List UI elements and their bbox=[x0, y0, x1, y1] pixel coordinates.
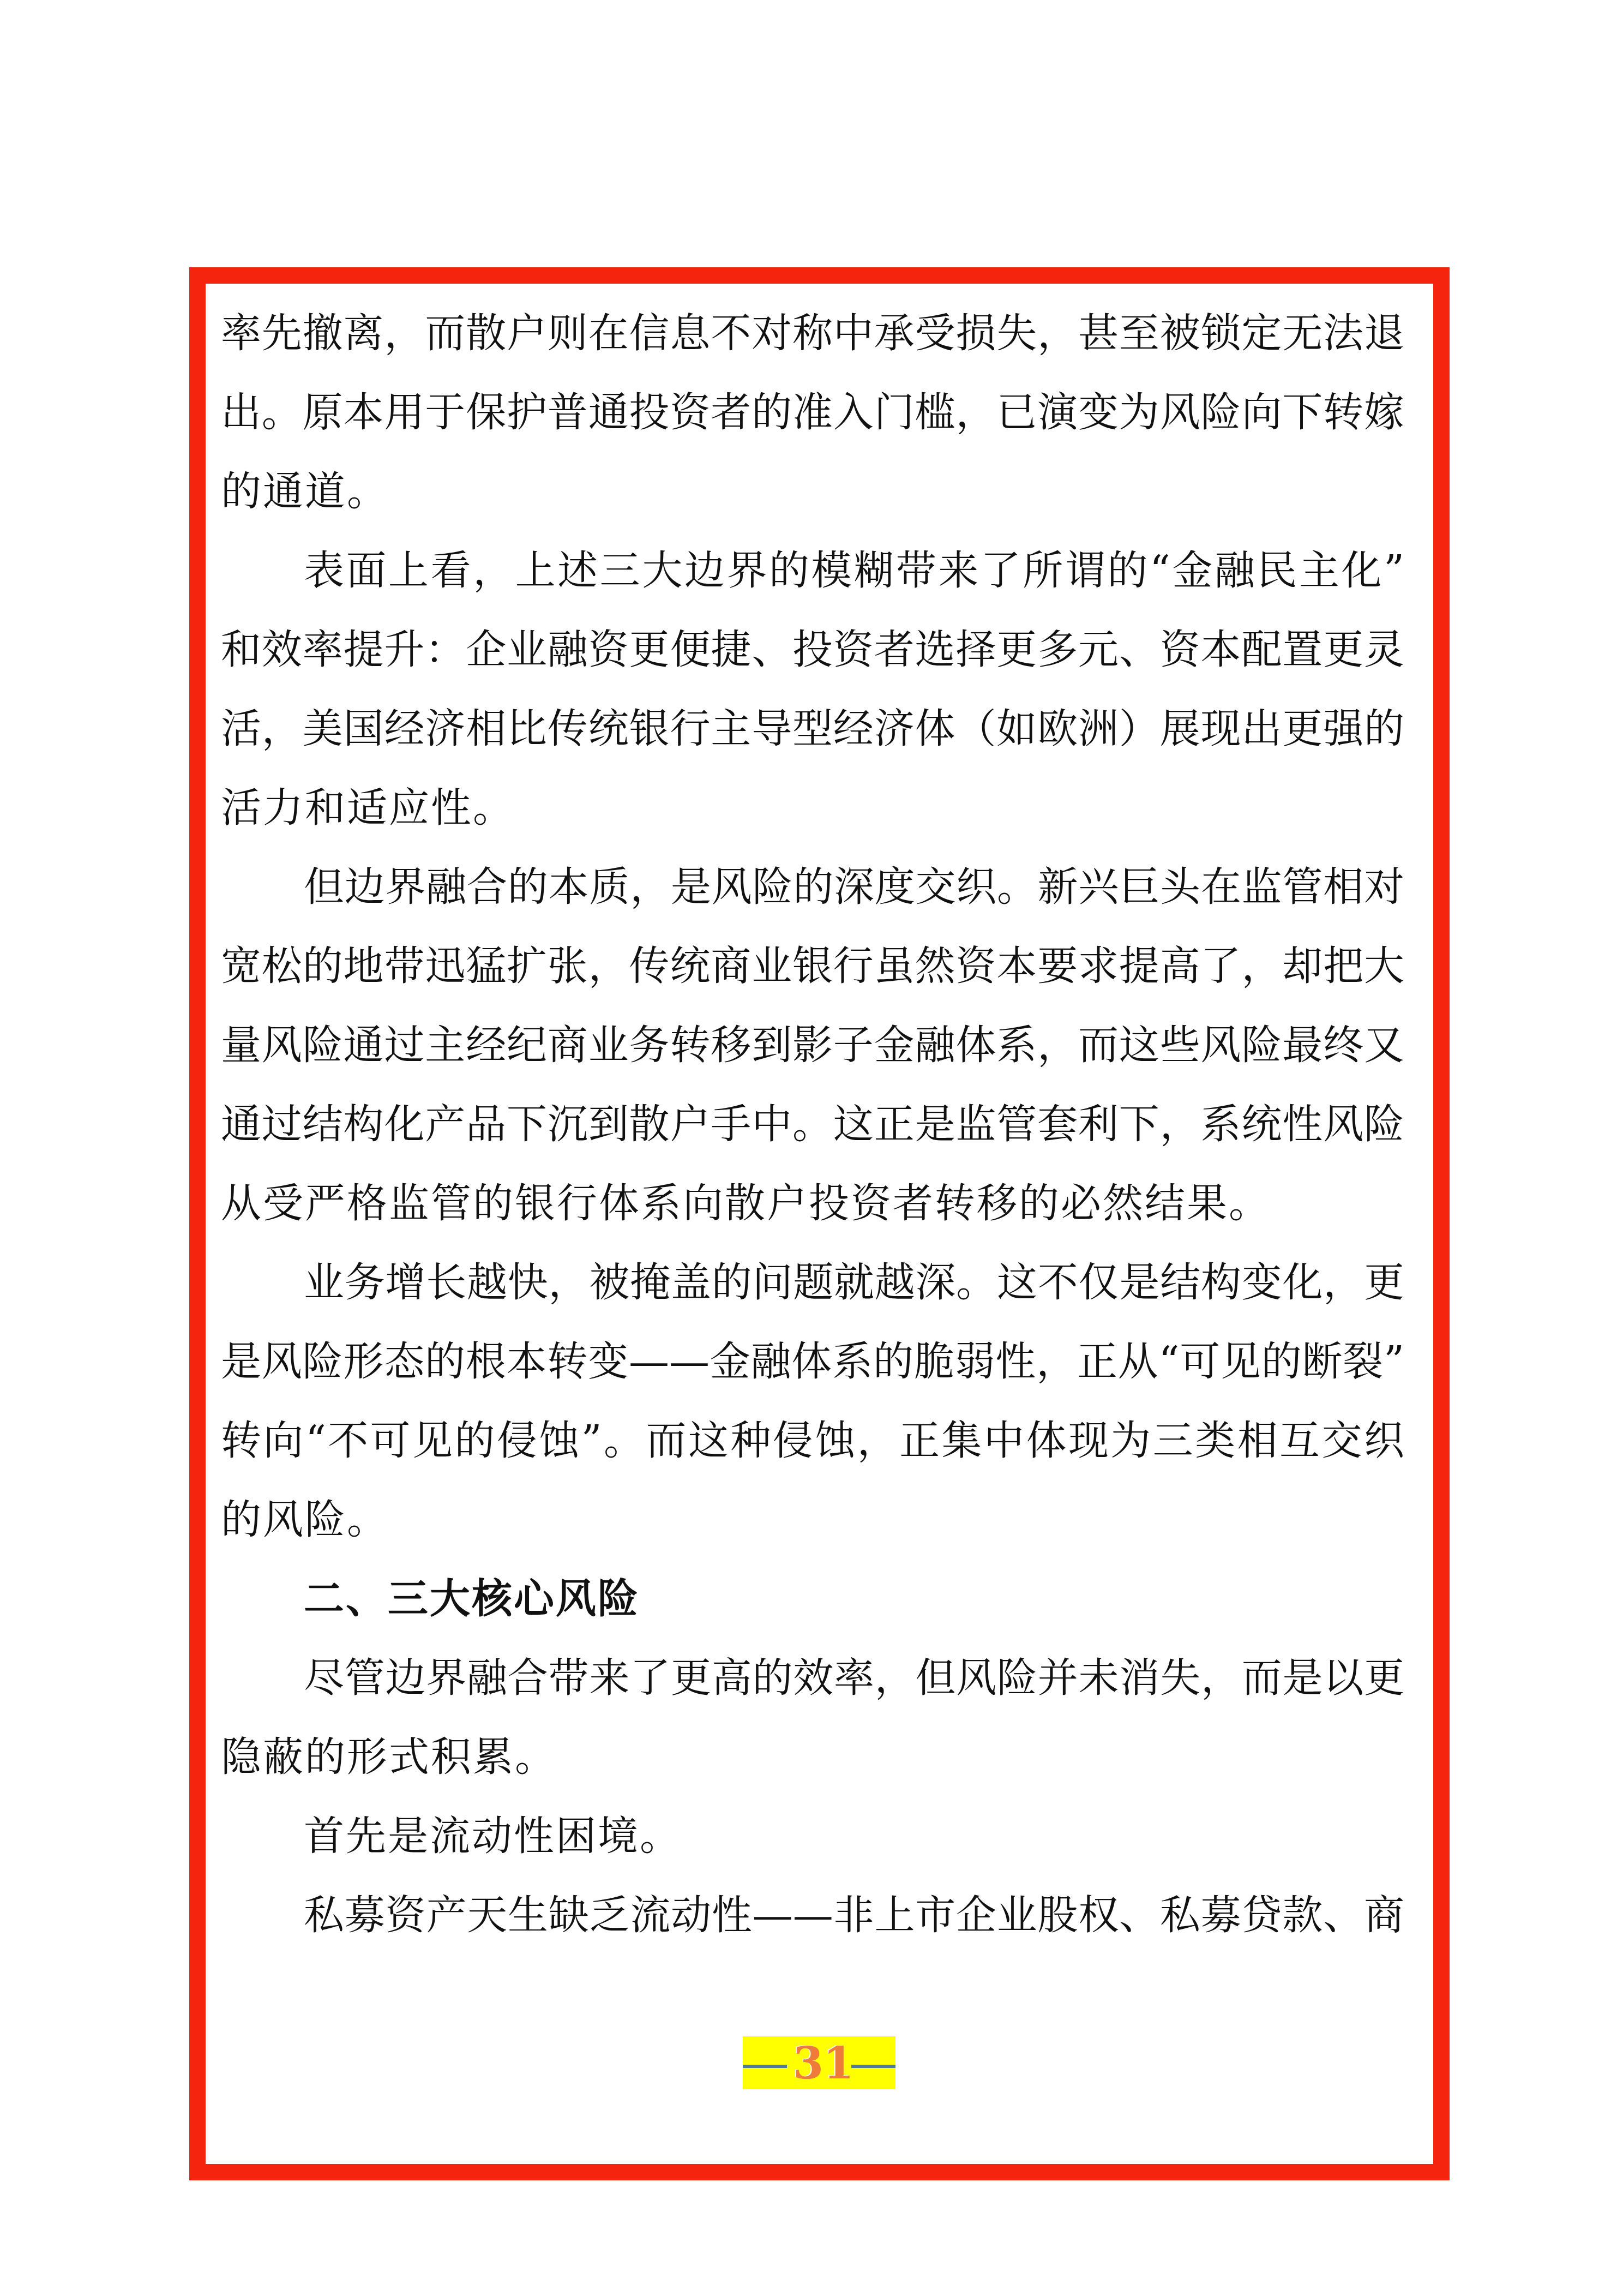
body-line: 隐蔽的形式积累。 bbox=[221, 1718, 1404, 1797]
paragraph-start-line: 首先是流动性困境。 bbox=[304, 1797, 1404, 1876]
body-line: 从受严格监管的银行体系向散户投资者转移的必然结果。 bbox=[221, 1164, 1404, 1243]
body-line: 的风险。 bbox=[221, 1480, 1404, 1560]
paragraph-start-line: 尽管边界融合带来了更高的效率，但风险并未消失，而是以更 bbox=[304, 1639, 1404, 1718]
page-number: 31 bbox=[793, 2040, 845, 2087]
paragraph-start-line: 表面上看，上述三大边界的模糊带来了所谓的“金融民主化” bbox=[304, 531, 1404, 610]
page-number-dash-right bbox=[851, 2065, 895, 2068]
paragraph-start-line: 但边界融合的本质，是风险的深度交织。新兴巨头在监管相对 bbox=[304, 848, 1404, 927]
section-heading: 二、三大核心风险 bbox=[304, 1560, 1404, 1639]
body-line: 转向“不可见的侵蚀”。而这种侵蚀，正集中体现为三类相互交织 bbox=[221, 1401, 1404, 1480]
paragraph-start-line: 私募资产天生缺乏流动性——非上市企业股权、私募贷款、商 bbox=[304, 1876, 1404, 1955]
body-line: 量风险通过主经纪商业务转移到影子金融体系，而这些风险最终又 bbox=[221, 1006, 1404, 1085]
body-line: 和效率提升：企业融资更便捷、投资者选择更多元、资本配置更灵 bbox=[221, 610, 1404, 690]
body-line: 是风险形态的根本转变——金融体系的脆弱性，正从“可见的断裂” bbox=[221, 1322, 1404, 1401]
page-number-badge: 31 bbox=[743, 2036, 895, 2089]
page-number-dash-left bbox=[743, 2065, 787, 2068]
body-line: 的通道。 bbox=[221, 452, 1404, 531]
body-line: 宽松的地带迅猛扩张，传统商业银行虽然资本要求提高了，却把大 bbox=[221, 927, 1404, 1006]
paragraph-start-line: 业务增长越快，被掩盖的问题就越深。这不仅是结构变化，更 bbox=[304, 1243, 1404, 1322]
body-line: 活力和适应性。 bbox=[221, 769, 1404, 848]
body-line: 出。原本用于保护普通投资者的准入门槛，已演变为风险向下转嫁 bbox=[221, 373, 1404, 452]
body-line: 通过结构化产品下沉到散户手中。这正是监管套利下，系统性风险 bbox=[221, 1085, 1404, 1164]
body-line: 率先撤离，而散户则在信息不对称中承受损失，甚至被锁定无法退 bbox=[221, 294, 1404, 373]
body-line: 活，美国经济相比传统银行主导型经济体（如欧洲）展现出更强的 bbox=[221, 690, 1404, 769]
